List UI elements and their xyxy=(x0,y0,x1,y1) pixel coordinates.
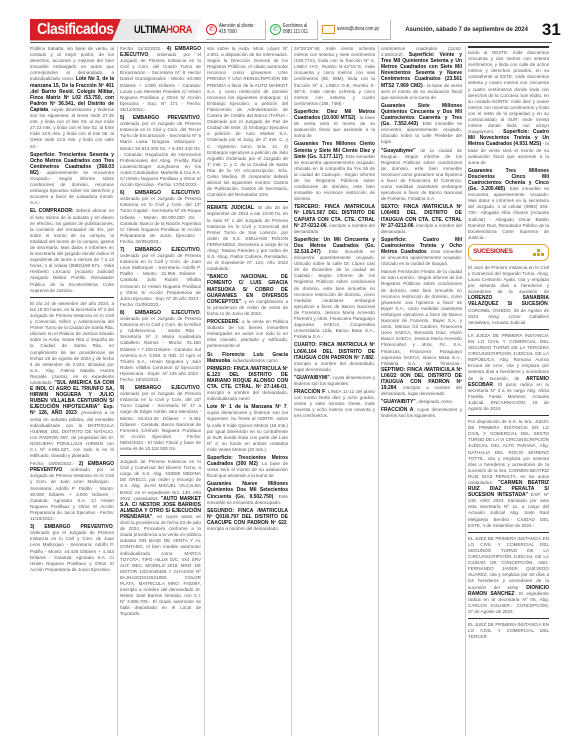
notice-highlight: "GUAYAIBYMI" xyxy=(294,375,330,381)
notice-paragraph: Manuel Fernández Fleitas de la ciudad de… xyxy=(381,269,462,397)
sucesiones-section-banner: SUCESIONES xyxy=(468,244,549,261)
notice-divider xyxy=(468,415,549,416)
notice-highlight: SEGUNDO: FINCA /MATRICULA Nº Q01/8.797 D… xyxy=(207,508,288,526)
notice-paragraph: Superficie: Diez Mil Metros Cuadrados (1… xyxy=(294,109,375,139)
notice-divider xyxy=(468,329,549,330)
notice-highlight: EL COMPRADOR: xyxy=(30,208,74,214)
notice-paragraph: EL JUEZ DE PRIMERA INSTANCIA EN LO CIVIL… xyxy=(468,622,549,640)
notice-paragraph: 7) EMBARGO EJECUTIVO, ordenado por el Ju… xyxy=(120,247,201,308)
logo-ultima: ULTIMA xyxy=(134,24,166,36)
notice-highlight: 3) EMBARGO PREVENTIVO xyxy=(30,524,113,530)
contact-whatsapp: ✆ Escribinos al0981 111 011 xyxy=(270,20,317,40)
notice-paragraph: Juzgado de Primera Instancia en lo Civil… xyxy=(120,459,201,617)
notice-highlight: 5) EMBARGO PREVENTIVO xyxy=(120,115,200,121)
notice-divider xyxy=(30,297,114,298)
notice-paragraph: Superficie: Trescientos Metros Cuadrados… xyxy=(207,455,288,479)
notice-paragraph: tando al OESTE: mide doscientos cincuent… xyxy=(468,50,549,166)
notice-paragraph: TERCERO: FINCA /MATRICULA Nº L05/1.567 D… xyxy=(294,204,375,234)
issue-date: Asunción, sábado 7 de septiembre de 2024 xyxy=(405,27,528,33)
notice-paragraph: 8) EMBARGO EJECUTIVO, ordenado por el Ju… xyxy=(120,310,201,383)
notice-paragraph: SEGUNDO: FINCA /MATRICULA Nº Q01/8.797 D… xyxy=(207,508,288,532)
notice-paragraph: El día 24 de setiembre del año 2024, a l… xyxy=(30,301,114,459)
notice-paragraph: "GUAYAIBITY", designado como xyxy=(381,399,462,405)
notice-divider xyxy=(207,201,288,202)
notice-paragraph: EL JUEZ DE PRIMERA INSTANCIA EN LO CIVIL… xyxy=(468,536,549,615)
email-address[interactable]: avisos@uhora.com.py xyxy=(337,26,379,32)
notice-paragraph: centímetros cuadrados (11m2. 2.560cm2). … xyxy=(381,46,462,101)
notice-highlight: 7) EMBARGO EJECUTIVO xyxy=(120,247,200,253)
notice-highlight: CUARTO: FINCA /MATRICULA Nº L06/6.164 DE… xyxy=(294,342,375,360)
notice-paragraph: Guaraníes Nueve Millones Quinientos Dos … xyxy=(207,481,288,505)
notice-divider xyxy=(468,532,549,533)
notice-paragraph: Guaraníes Siete Millones Quinientos Cinc… xyxy=(381,103,462,146)
notice-paragraph: PRIMERO: FINCA /MATRICULA Nº E.123 DEL D… xyxy=(207,366,288,403)
notice-paragraph: CUARTO: FINCA /MATRICULA Nº L06/6.164 DE… xyxy=(294,342,375,372)
section-title: Clasificados xyxy=(37,21,114,39)
notice-divider xyxy=(468,618,549,619)
column-4: 34º25'19"-W, mide ciento ochenta metros … xyxy=(291,46,375,736)
classifieds-columns: Pública Sabatta, sin base de venta, al c… xyxy=(30,46,552,736)
notice-paragraph: Fecha: 11/10/2022.- 4) EMBARGO EJECUTIVO… xyxy=(120,46,201,113)
notice-divider xyxy=(120,455,201,456)
notice-paragraph: FRACCIÓN F: LINEA 11-12 del plano con ru… xyxy=(294,389,375,419)
phone-number[interactable]: 415 7000 xyxy=(219,29,237,35)
phone-icon: ✆ xyxy=(206,24,217,35)
notice-paragraph: 5) EMBARGO PREVENTIVO, ordenado por el J… xyxy=(120,115,201,188)
notice-highlight: REMATE JUDICIAL xyxy=(207,205,254,211)
contact-email: avisos@uhora.com.py xyxy=(322,20,392,40)
notice-paragraph: El Juez de Primera Instancia en lo Civil… xyxy=(468,265,549,326)
notice-paragraph: 34º25'19"-W, mide ciento ochenta metros … xyxy=(294,46,375,107)
notice-highlight: 9) EMBARGO EJECUTIVO xyxy=(120,385,200,391)
notice-highlight: PRIMERO: FINCA /MATRICULA Nº E.123 DEL D… xyxy=(207,366,288,390)
notice-highlight: 6) EMBARGO EJECUTIVO xyxy=(120,190,200,196)
column-3: sito sobre la Avda. Mcal. López Nº 2.801… xyxy=(204,46,288,736)
column-top-rule xyxy=(468,46,549,48)
column-6: tando al OESTE: mide doscientos cincuent… xyxy=(465,46,549,736)
notice-highlight: PROCEDERÉ xyxy=(207,319,239,325)
notice-paragraph: REMATE JUDICIAL. El día 20 de septiembre… xyxy=(207,205,288,272)
notice-paragraph: EL COMPRADOR: deberá abonar en el acto m… xyxy=(30,208,114,293)
notice-paragraph: 3) EMBARGO PREVENTIVO, ordenado por el J… xyxy=(30,524,114,573)
notice-paragraph: "BANCO NACIONAL DE FOMENTO C/ LUIS GRACI… xyxy=(207,274,288,317)
notice-highlight: 8) EMBARGO EJECUTIVO xyxy=(120,310,200,316)
column-1: Pública Sabatta, sin base de venta, al c… xyxy=(30,46,114,736)
notice-paragraph: Superficie: Cuatro Mil Cuatrocientos Tre… xyxy=(381,237,462,267)
page-number: 31 xyxy=(542,20,561,40)
notice-paragraph: PROCEDERÉ: a la venta en Pública Subasta… xyxy=(207,319,288,349)
notice-paragraph: Guaraníes Tres Millones Ciento Setenta y… xyxy=(294,141,375,202)
notice-paragraph: Sr. Florencio Luis Gracia Matsuoka, indi… xyxy=(207,352,288,364)
notice-paragraph: Fecha: 18/05/2022.- 2) EMBARGO PREVENTIV… xyxy=(30,461,114,522)
notice-paragraph: "Guayaibyme" de la ciudad de Itauguá.- S… xyxy=(381,148,462,203)
notice-paragraph: "GUAYAIBYMI", cuyas dimensiones y linder… xyxy=(294,375,375,387)
notice-paragraph: 6) EMBARGO EJECUTIVO, ordenado por el Ju… xyxy=(120,190,201,245)
notice-highlight: Lote Nº 1 de la Manzana Nº 7 xyxy=(207,404,287,410)
notice-paragraph: 9) EMBARGO EJECUTIVO, ordenado por el Ju… xyxy=(120,385,201,452)
column-2: Fecha: 11/10/2022.- 4) EMBARGO EJECUTIVO… xyxy=(117,46,201,736)
whatsapp-number[interactable]: 0981 111 011 xyxy=(283,29,308,35)
notice-paragraph: Lote Nº 1 de la Manzana Nº 7, cuyas dime… xyxy=(207,404,288,453)
whatsapp-icon: ✆ xyxy=(270,24,281,35)
mail-icon xyxy=(322,25,335,34)
column-5: centímetros cuadrados (11m2. 2.560cm2). … xyxy=(378,46,462,736)
notice-paragraph: Por disposición de S.S. la Sra. JUEZA DE… xyxy=(468,419,549,529)
notice-paragraph: Pública Sabatta, sin base de venta, al c… xyxy=(30,46,114,150)
notice-paragraph: Guaraníes Tres Millones Doscientos Cinco… xyxy=(468,168,549,241)
notice-highlight: FRACCIÓN F xyxy=(294,389,325,395)
section-title-banner: Clasificados xyxy=(30,19,124,41)
notice-paragraph: Superficie: Trescientos Sesenta y Ocho M… xyxy=(30,152,114,207)
notice-paragraph: LA JUEZA DE PRIMERA INSTANCIA EN LO CIVI… xyxy=(468,333,549,412)
notice-paragraph: Superficie: Un Mil Cincuenta y Dos Metro… xyxy=(294,237,375,341)
notice-paragraph: FRACCIÓN A, cuyas dimensiones y linderos… xyxy=(381,407,462,419)
logo-hora: HORA xyxy=(166,24,192,36)
notice-highlight: "GUAYAIBITY" xyxy=(381,399,416,405)
notice-highlight: FRACCIÓN A xyxy=(381,407,413,413)
sucesiones-label: SUCESIONES xyxy=(473,249,513,255)
notice-paragraph: SEXTO: FINCA /MATRICULA Nº L06/493 DEL D… xyxy=(381,204,462,234)
notice-highlight: LORENZO SANABRIA VELAZQUEZ S/ SUCESIÓN xyxy=(468,295,549,307)
notice-highlight: "Guayaibyme" xyxy=(381,148,415,154)
family-tree-icon xyxy=(533,249,544,256)
newspaper-logo: ULTIMAHORA xyxy=(112,19,202,41)
contact-phone: ✆ Atención al cliente:415 7000 xyxy=(206,20,266,40)
notice-paragraph: sito sobre la Avda. Mcal. López Nº 2.801… xyxy=(207,46,288,198)
page-header: Clasificados ULTIMAHORA ✆ Atención al cl… xyxy=(30,17,552,43)
